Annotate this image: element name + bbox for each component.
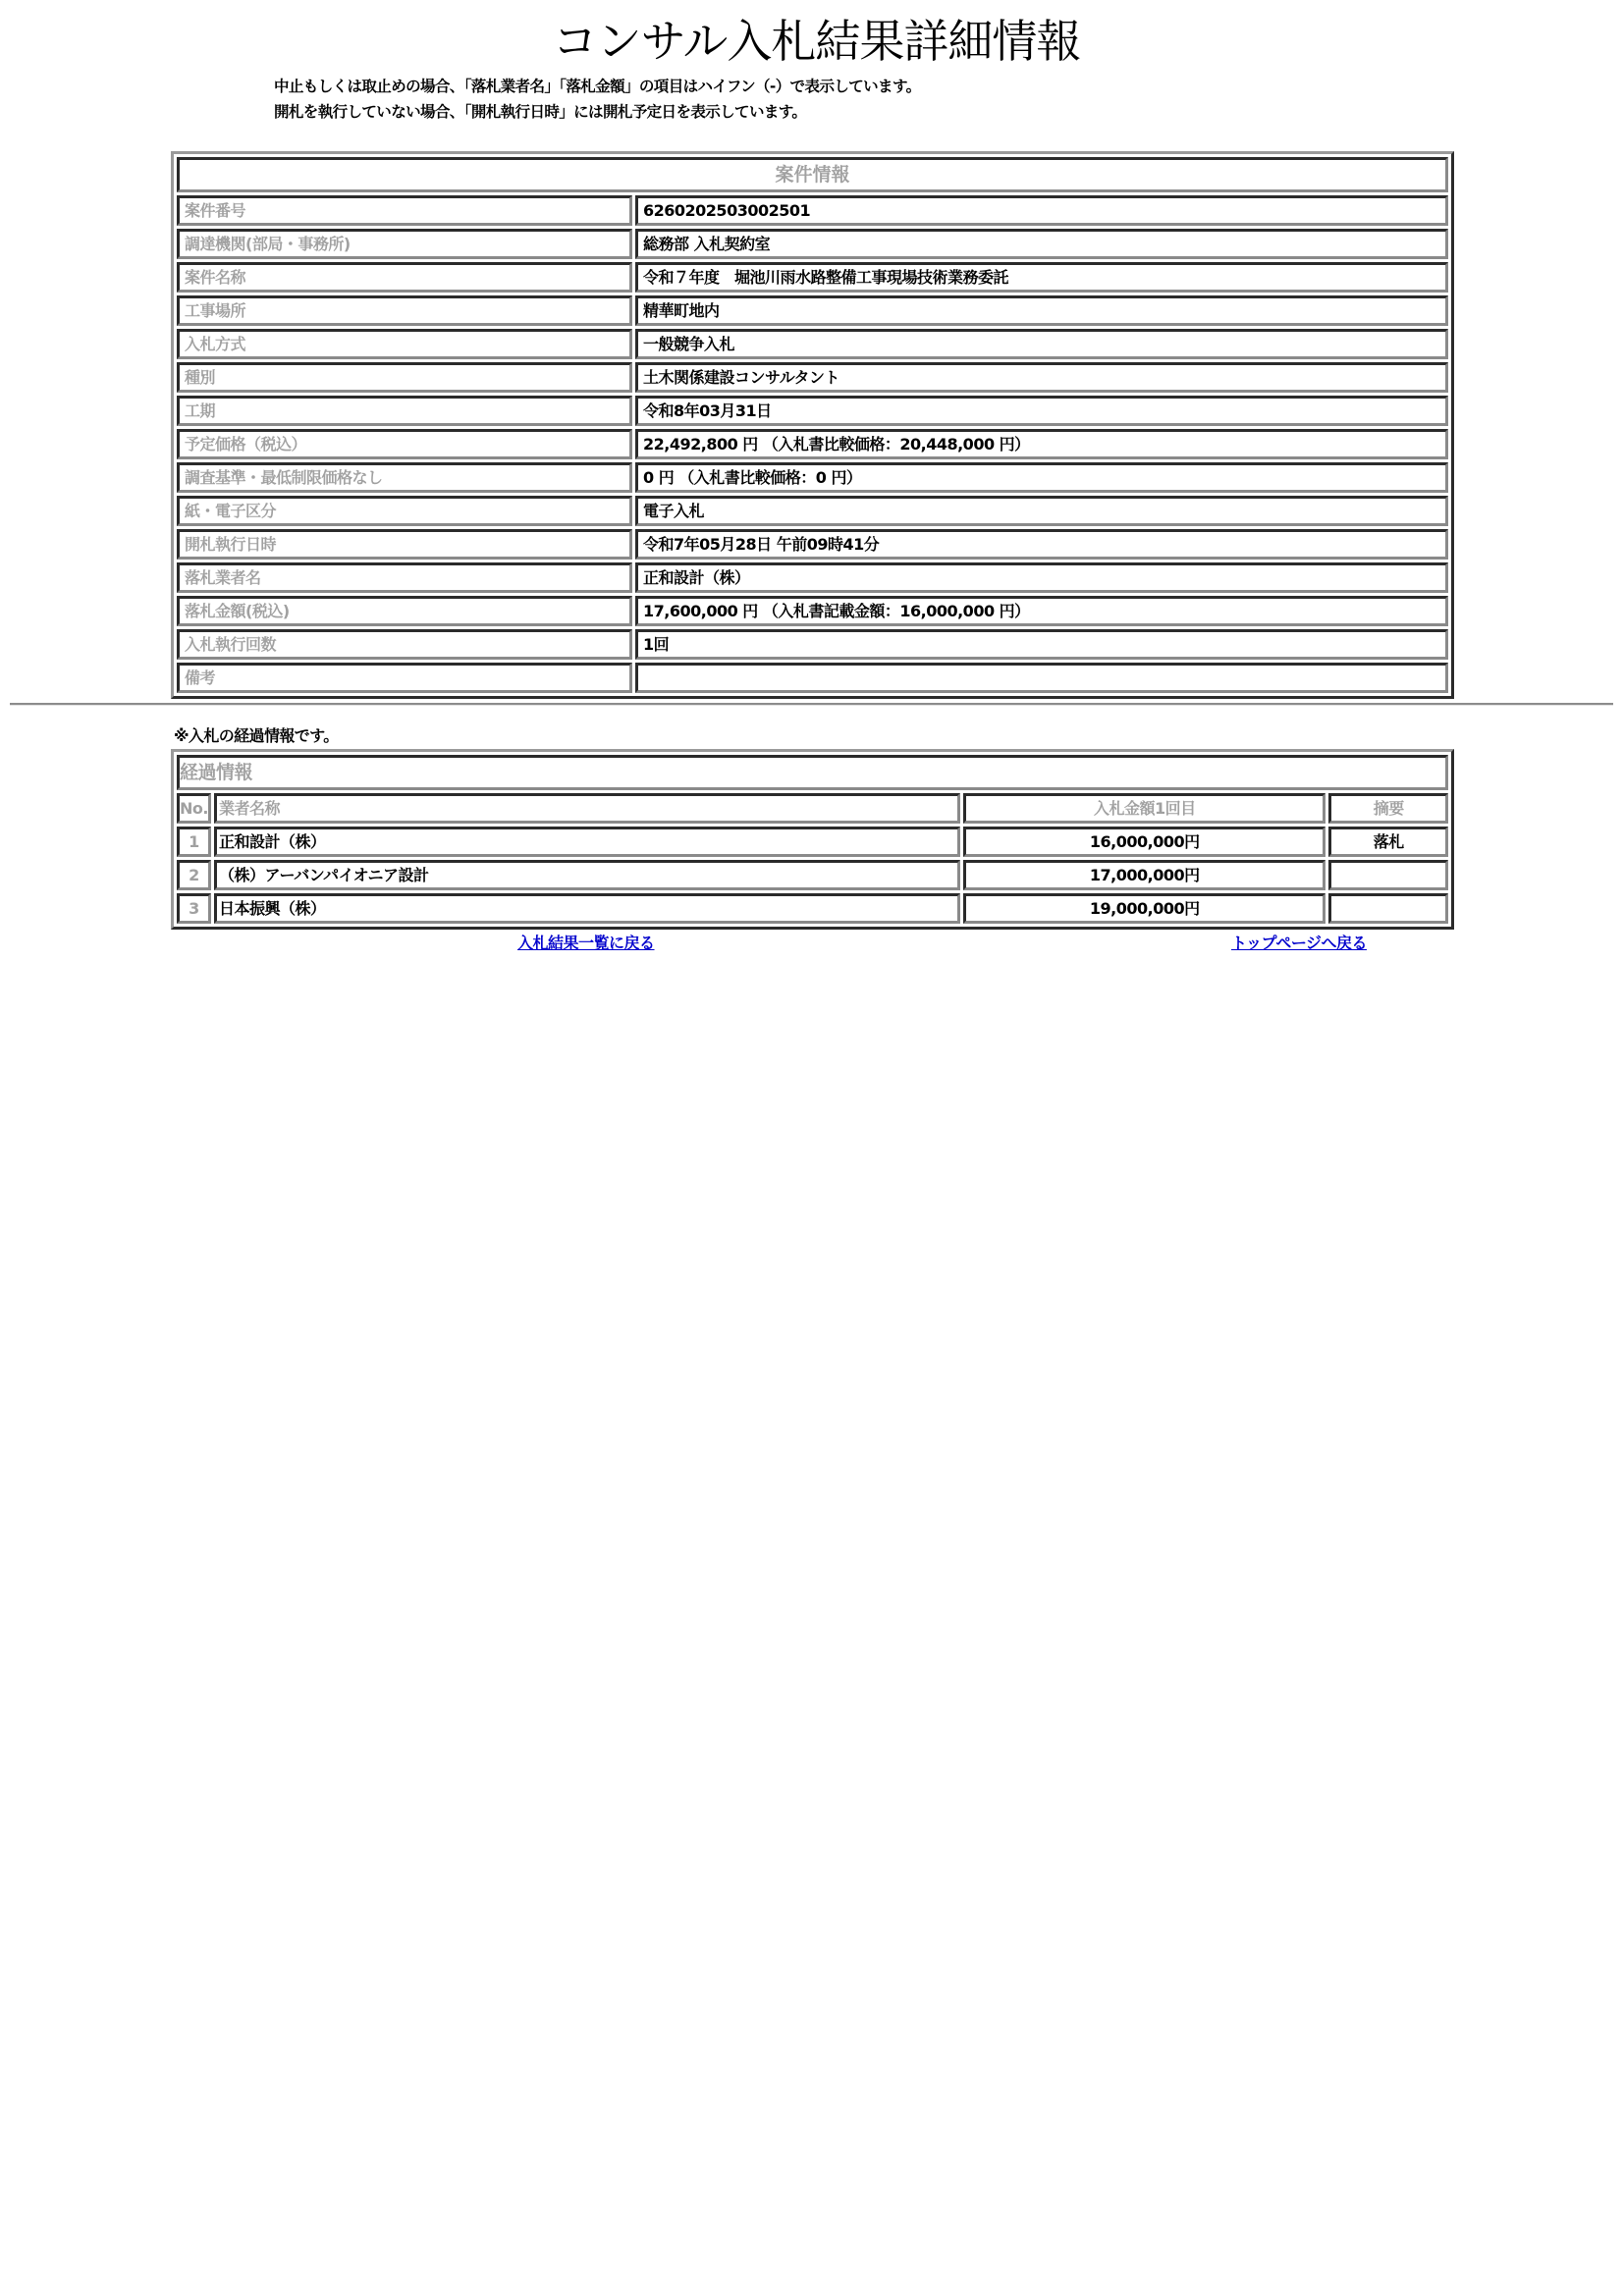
field-label: 案件番号	[177, 195, 632, 226]
field-label: 入札執行回数	[177, 629, 632, 660]
field-label: 備考	[177, 663, 632, 693]
bid-memo	[1328, 860, 1448, 890]
column-header-name: 業者名称	[214, 793, 960, 824]
field-label: 案件名称	[177, 262, 632, 293]
opening-datetime-value: 令和7年05月28日 午前09時41分	[635, 529, 1448, 560]
field-label: 工事場所	[177, 295, 632, 326]
field-label: 紙・電子区分	[177, 496, 632, 526]
work-location-value: 精華町地内	[635, 295, 1448, 326]
row-number: 1	[177, 827, 211, 857]
notice-cancellation: 中止もしくは取止めの場合、「落札業者名」「落札金額」の項目はハイフン（-）で表示…	[274, 77, 921, 96]
field-label: 落札業者名	[177, 562, 632, 593]
table-row: 案件名称令和７年度 堀池川雨水路整備工事現場技術業務委託	[177, 262, 1448, 293]
case-name-value: 令和７年度 堀池川雨水路整備工事現場技術業務委託	[635, 262, 1448, 293]
progress-header-row: No. 業者名称 入札金額1回目 摘要	[177, 793, 1448, 824]
remarks-value	[635, 663, 1448, 693]
bidder-name: 日本振興（株）	[214, 893, 960, 924]
page-title: コンサル入札結果詳細情報	[0, 14, 1623, 69]
category-value: 土木関係建設コンサルタント	[635, 362, 1448, 393]
minimum-price-value: 0 円 （入札書比較価格：0 円）	[635, 462, 1448, 493]
notice-opening-date: 開札を執行していない場合、「開札執行日時」には開札予定日を表示しています。	[274, 102, 806, 122]
paper-electronic-value: 電子入札	[635, 496, 1448, 526]
back-to-top-page-link[interactable]: トップページへ戻る	[1231, 931, 1367, 953]
table-row: 落札業者名正和設計（株）	[177, 562, 1448, 593]
bid-memo: 落札	[1328, 827, 1448, 857]
progress-note: ※入札の経過情報です。	[174, 723, 339, 746]
field-label: 予定価格（税込）	[177, 429, 632, 459]
column-header-memo: 摘要	[1328, 793, 1448, 824]
table-row: 入札方式一般競争入札	[177, 329, 1448, 359]
horizontal-divider	[10, 703, 1613, 706]
bid-rounds-value: 1回	[635, 629, 1448, 660]
winning-amount-value: 17,600,000 円 （入札書記載金額：16,000,000 円）	[635, 596, 1448, 626]
case-info-table: 案件情報 案件番号6260202503002501 調達機関(部局・事務所)総務…	[171, 151, 1454, 699]
bid-method-value: 一般競争入札	[635, 329, 1448, 359]
table-row: 調査基準・最低制限価格なし0 円 （入札書比較価格：0 円）	[177, 462, 1448, 493]
bidder-name: （株）アーバンパイオニア設計	[214, 860, 960, 890]
bid-amount: 19,000,000円	[963, 893, 1325, 924]
case-info-header-row: 案件情報	[177, 157, 1448, 192]
column-header-amount: 入札金額1回目	[963, 793, 1325, 824]
bid-memo	[1328, 893, 1448, 924]
bid-amount: 16,000,000円	[963, 827, 1325, 857]
back-to-results-list-link[interactable]: 入札結果一覧に戻る	[517, 931, 655, 953]
progress-caption-row: 経過情報	[177, 755, 1448, 790]
table-row: 工期令和8年03月31日	[177, 396, 1448, 426]
table-row: 入札執行回数1回	[177, 629, 1448, 660]
case-number-value: 6260202503002501	[635, 195, 1448, 226]
planned-price-value: 22,492,800 円 （入札書比較価格：20,448,000 円）	[635, 429, 1448, 459]
table-row: 工事場所精華町地内	[177, 295, 1448, 326]
table-row: 案件番号6260202503002501	[177, 195, 1448, 226]
winning-bidder-value: 正和設計（株）	[635, 562, 1448, 593]
table-row: 1 正和設計（株） 16,000,000円 落札	[177, 827, 1448, 857]
table-row: 備考	[177, 663, 1448, 693]
field-label: 調査基準・最低制限価格なし	[177, 462, 632, 493]
table-row: 3 日本振興（株） 19,000,000円	[177, 893, 1448, 924]
table-row: 種別土木関係建設コンサルタント	[177, 362, 1448, 393]
table-row: 落札金額(税込)17,600,000 円 （入札書記載金額：16,000,000…	[177, 596, 1448, 626]
table-row: 2 （株）アーバンパイオニア設計 17,000,000円	[177, 860, 1448, 890]
procuring-agency-value: 総務部 入札契約室	[635, 229, 1448, 259]
field-label: 開札執行日時	[177, 529, 632, 560]
field-label: 工期	[177, 396, 632, 426]
field-label: 調達機関(部局・事務所)	[177, 229, 632, 259]
row-number: 3	[177, 893, 211, 924]
table-row: 調達機関(部局・事務所)総務部 入札契約室	[177, 229, 1448, 259]
bid-amount: 17,000,000円	[963, 860, 1325, 890]
field-label: 種別	[177, 362, 632, 393]
row-number: 2	[177, 860, 211, 890]
field-label: 落札金額(税込)	[177, 596, 632, 626]
column-header-no: No.	[177, 793, 211, 824]
page-title-text: コンサル入札結果詳細情報	[553, 14, 1081, 69]
table-row: 開札執行日時令和7年05月28日 午前09時41分	[177, 529, 1448, 560]
bidder-name: 正和設計（株）	[214, 827, 960, 857]
table-row: 紙・電子区分電子入札	[177, 496, 1448, 526]
field-label: 入札方式	[177, 329, 632, 359]
case-info-header: 案件情報	[177, 157, 1448, 192]
progress-caption: 経過情報	[177, 755, 1448, 790]
progress-table: 経過情報 No. 業者名称 入札金額1回目 摘要 1 正和設計（株） 16,00…	[171, 749, 1454, 930]
work-period-value: 令和8年03月31日	[635, 396, 1448, 426]
table-row: 予定価格（税込）22,492,800 円 （入札書比較価格：20,448,000…	[177, 429, 1448, 459]
